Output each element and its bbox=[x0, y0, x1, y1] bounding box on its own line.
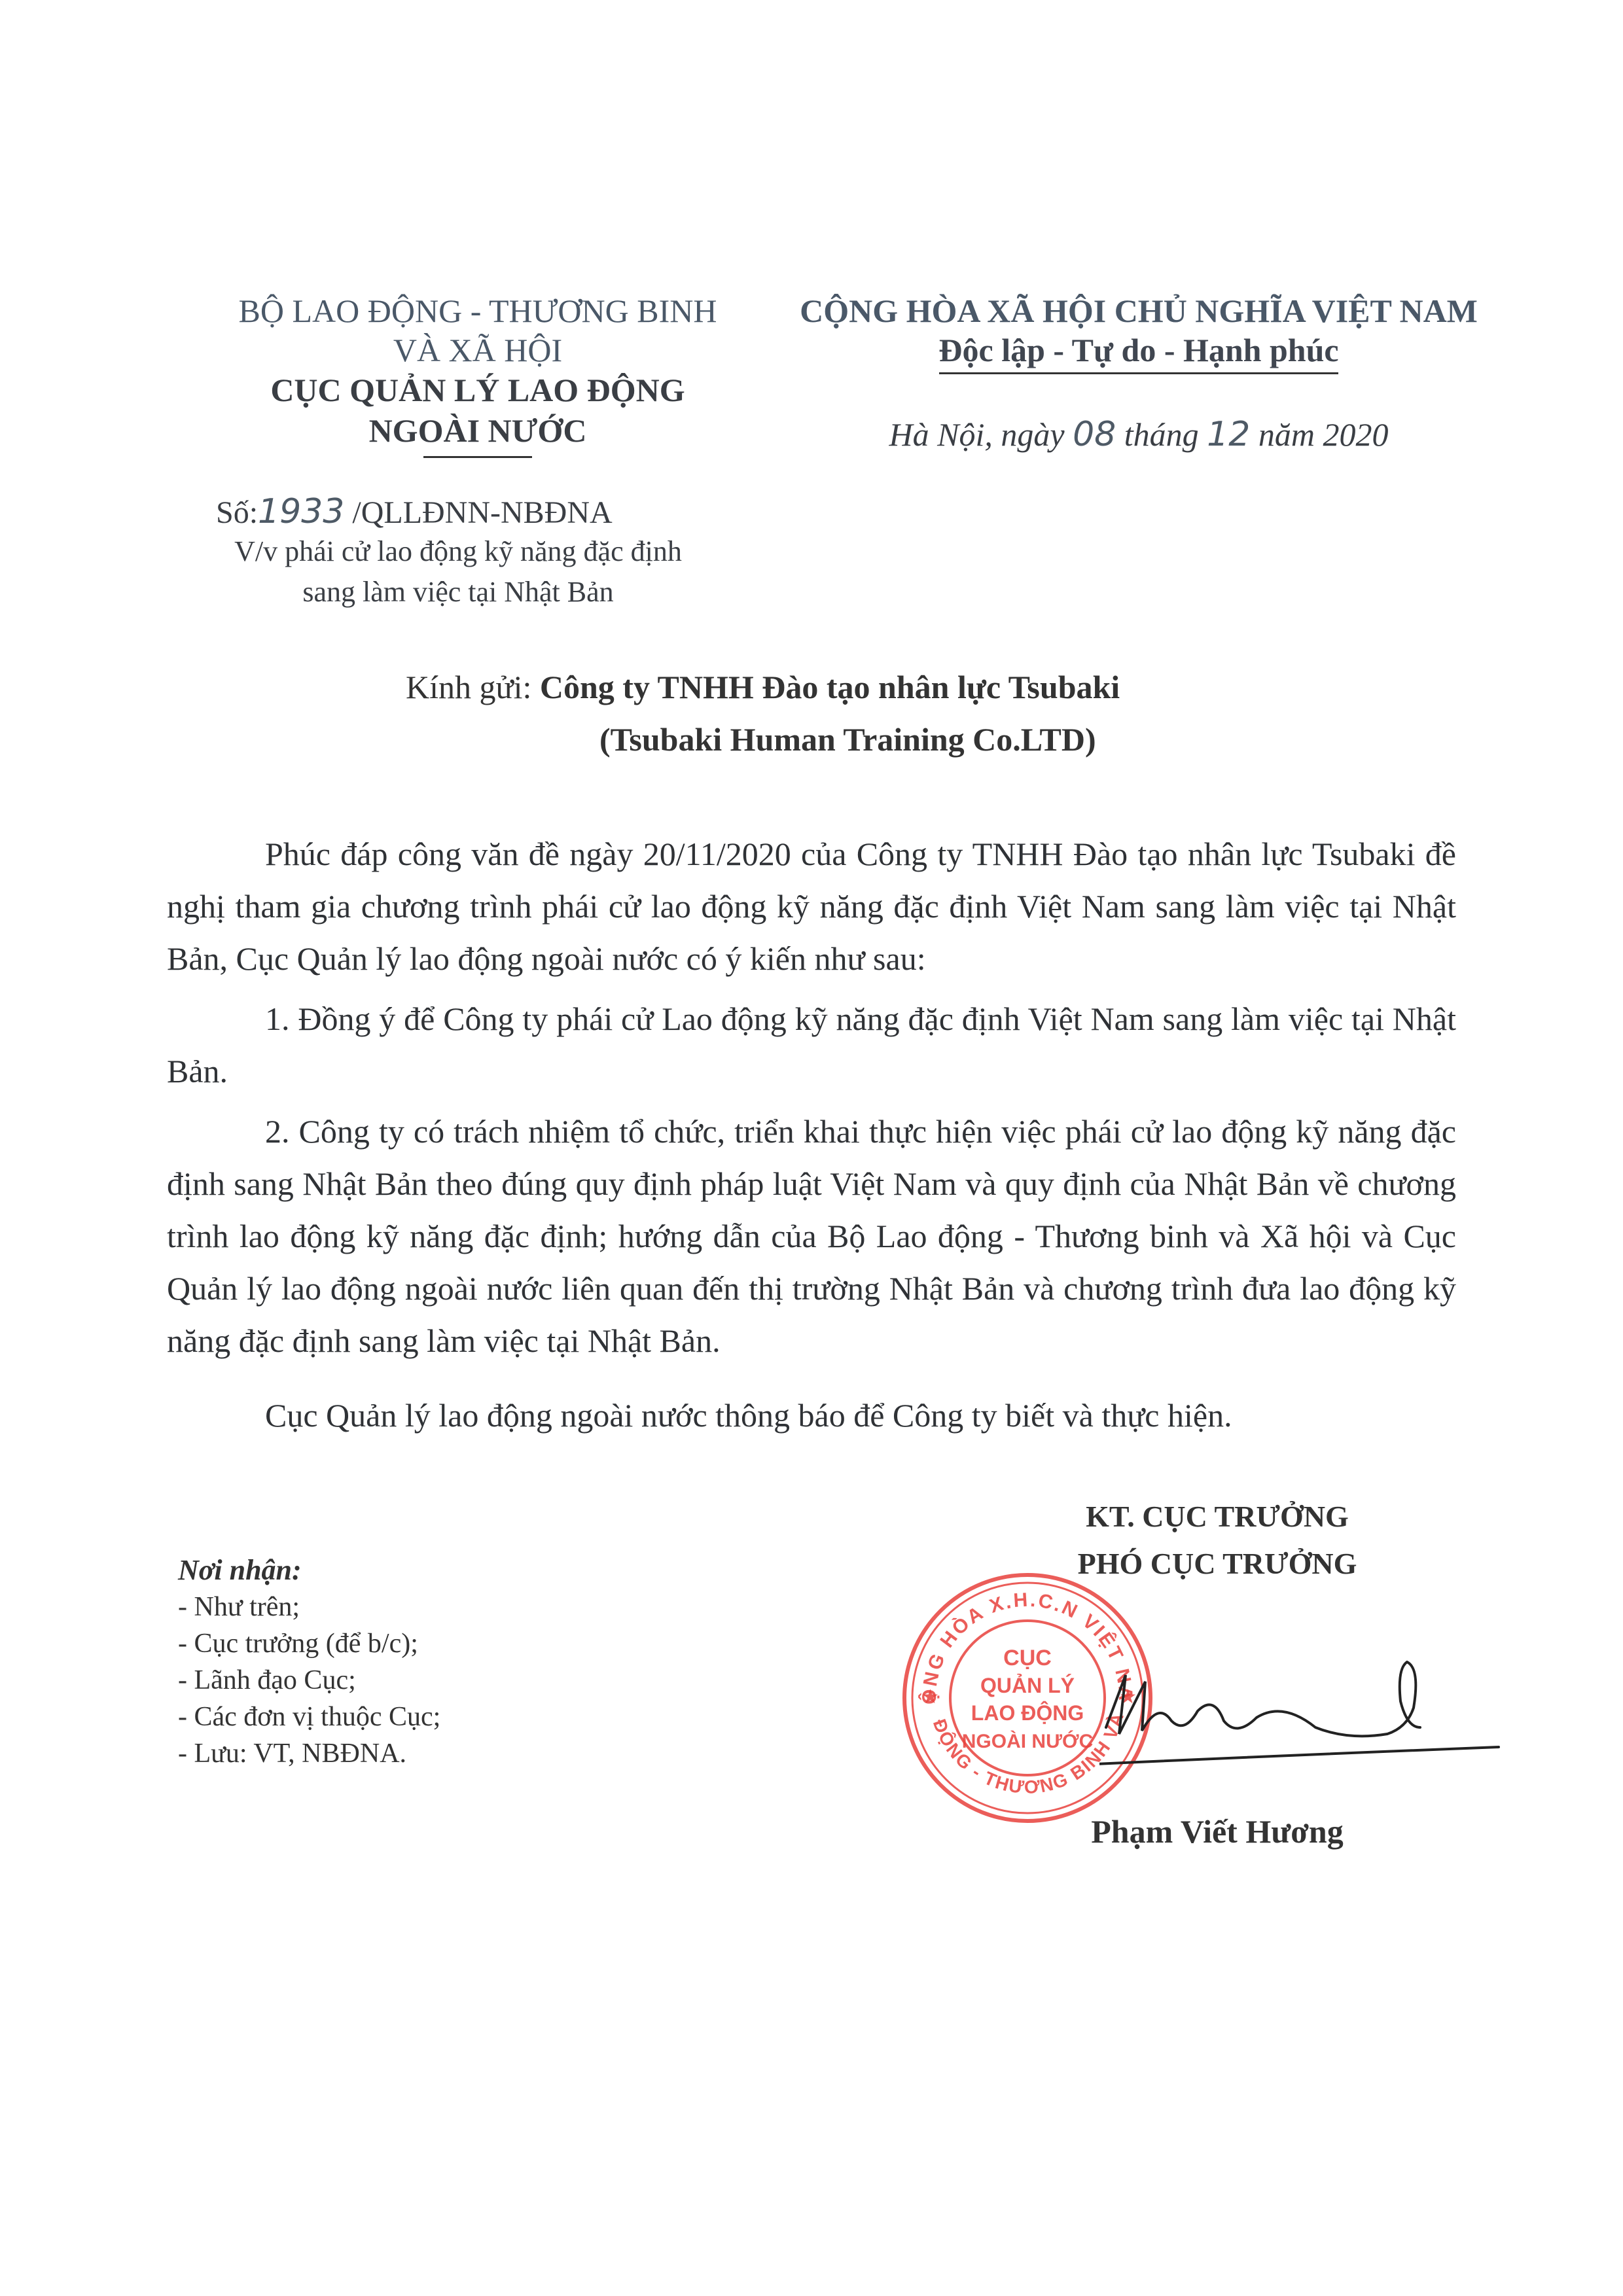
handwritten-signature bbox=[1099, 1649, 1505, 1767]
distribution-item: - Lãnh đạo Cục; bbox=[178, 1662, 636, 1699]
stamp-inner-line4: NGOÀI NƯỚC bbox=[962, 1730, 1093, 1752]
body-item-2: 2. Công ty có trách nhiệm tổ chức, triển… bbox=[167, 1105, 1456, 1367]
letter-body: Phúc đáp công văn đề ngày 20/11/2020 của… bbox=[167, 828, 1456, 1449]
distribution-list: Nơi nhận: - Như trên; - Cục trưởng (để b… bbox=[178, 1552, 636, 1772]
body-closing-paragraph: Cục Quản lý lao động ngoài nước thông bá… bbox=[167, 1389, 1456, 1441]
department-name-line2: NGOÀI NƯỚC bbox=[190, 410, 766, 451]
addressee-block: Kính gửi: Công ty TNHH Đào tạo nhân lực … bbox=[406, 661, 1387, 766]
subject-line1: V/v phái cử lao động kỹ năng đặc định bbox=[196, 531, 720, 572]
distribution-item: - Cục trưởng (để b/c); bbox=[178, 1625, 636, 1662]
national-motto: Độc lập - Tự do - Hạnh phúc bbox=[792, 330, 1486, 370]
body-intro-paragraph: Phúc đáp công văn đề ngày 20/11/2020 của… bbox=[167, 828, 1456, 985]
distribution-item: - Lưu: VT, NBĐNA. bbox=[178, 1735, 636, 1772]
date-month-label: tháng bbox=[1124, 416, 1199, 453]
document-subject: V/v phái cử lao động kỹ năng đặc định sa… bbox=[196, 531, 720, 612]
date-year: năm 2020 bbox=[1258, 416, 1389, 453]
header-left-underline bbox=[423, 456, 532, 458]
date-month-handwritten: 12 bbox=[1207, 415, 1250, 454]
ministry-name-line1: BỘ LAO ĐỘNG - THƯƠNG BINH bbox=[190, 291, 766, 330]
subject-line2: sang làm việc tại Nhật Bản bbox=[196, 572, 720, 612]
distribution-list-title: Nơi nhận: bbox=[178, 1552, 636, 1589]
body-item-1: 1. Đồng ý để Công ty phái cử Lao động kỹ… bbox=[167, 993, 1456, 1097]
ministry-name-line2: VÀ XÃ HỘI bbox=[190, 330, 766, 370]
document-number-prefix: Số: bbox=[216, 495, 258, 530]
stamp-inner-line3: LAO ĐỘNG bbox=[971, 1701, 1084, 1725]
stamp-inner-line1: CỤC bbox=[1003, 1646, 1052, 1670]
addressee-name-en: (Tsubaki Human Training Co.LTD) bbox=[406, 713, 1387, 766]
date-day-handwritten: 08 bbox=[1073, 415, 1116, 454]
republic-name: CỘNG HÒA XÃ HỘI CHỦ NGHĨA VIỆT NAM bbox=[792, 291, 1486, 330]
document-number-suffix: /QLLĐNN-NBĐNA bbox=[352, 495, 612, 530]
issue-date: Hà Nội, ngày 08 tháng 12 năm 2020 bbox=[792, 415, 1486, 454]
stamp-star-left-icon: ★ bbox=[921, 1686, 939, 1708]
distribution-item: - Như trên; bbox=[178, 1589, 636, 1625]
addressee-label: Kính gửi: bbox=[406, 669, 531, 705]
signer-title-line1: KT. CỤC TRƯỞNG bbox=[1034, 1493, 1400, 1540]
document-number-handwritten: 1933 bbox=[258, 492, 344, 531]
stamp-inner-line2: QUẢN LÝ bbox=[980, 1674, 1075, 1697]
national-header: CỘNG HÒA XÃ HỘI CHỦ NGHĨA VIỆT NAM Độc l… bbox=[792, 291, 1486, 454]
signer-name: Phạm Viết Hương bbox=[1034, 1812, 1400, 1850]
date-prefix: Hà Nội, ngày bbox=[889, 416, 1065, 453]
issuing-agency-header: BỘ LAO ĐỘNG - THƯƠNG BINH VÀ XÃ HỘI CỤC … bbox=[190, 291, 766, 458]
distribution-item: - Các đơn vị thuộc Cục; bbox=[178, 1699, 636, 1735]
motto-underline bbox=[939, 372, 1338, 374]
department-name-line1: CỤC QUẢN LÝ LAO ĐỘNG bbox=[190, 370, 766, 410]
document-number: Số:1933 /QLLĐNN-NBĐNA bbox=[216, 492, 740, 531]
addressee-name-vi: Công ty TNHH Đào tạo nhân lực Tsubaki bbox=[540, 669, 1120, 705]
